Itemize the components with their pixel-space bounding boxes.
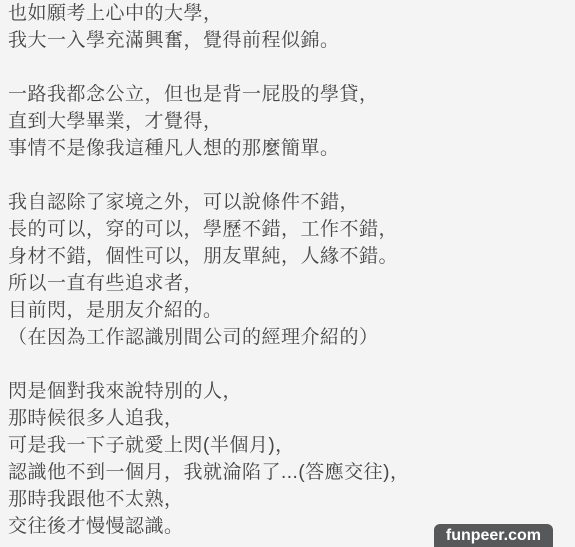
watermark-badge: funpeer.com — [434, 524, 553, 547]
text-line: 目前閃，是朋友介紹的。 — [8, 297, 575, 324]
text-line: 長的可以，穿的可以，學歷不錯，工作不錯， — [8, 216, 575, 243]
text-line: 身材不錯，個性可以，朋友單純，人緣不錯。 — [8, 243, 575, 270]
paragraph: 我自認除了家境之外，可以說條件不錯，長的可以，穿的可以，學歷不錯，工作不錯，身材… — [8, 189, 575, 351]
paragraph: 閃是個對我來說特別的人，那時候很多人追我，可是我一下子就愛上閃(半個月)，認識他… — [8, 378, 575, 540]
text-line: （在因為工作認識別間公司的經理介紹的） — [8, 324, 575, 351]
text-line: 一路我都念公立，但也是背一屁股的學貸， — [8, 81, 575, 108]
text-line: 直到大學畢業，才覺得， — [8, 108, 575, 135]
text-line: 事情不是像我這種凡人想的那麼簡單。 — [8, 135, 575, 162]
text-line: 我自認除了家境之外，可以說條件不錯， — [8, 189, 575, 216]
text-line: 也如願考上心中的大學， — [8, 0, 575, 27]
paragraph: 也如願考上心中的大學，我大一入學充滿興奮，覺得前程似錦。 — [8, 0, 575, 54]
watermark-label: funpeer.com — [446, 524, 541, 547]
text-line: 閃是個對我來說特別的人， — [8, 378, 575, 405]
text-line: 認識他不到一個月，我就淪陷了...(答應交往)， — [8, 459, 575, 486]
story-text: 也如願考上心中的大學，我大一入學充滿興奮，覺得前程似錦。一路我都念公立，但也是背… — [8, 0, 575, 540]
text-line: 那時候很多人追我， — [8, 405, 575, 432]
text-line: 可是我一下子就愛上閃(半個月)， — [8, 432, 575, 459]
text-line: 所以一直有些追求者， — [8, 270, 575, 297]
text-line: 我大一入學充滿興奮，覺得前程似錦。 — [8, 27, 575, 54]
paragraph: 一路我都念公立，但也是背一屁股的學貸，直到大學畢業，才覺得，事情不是像我這種凡人… — [8, 81, 575, 162]
text-line: 那時我跟他不太熟， — [8, 486, 575, 513]
